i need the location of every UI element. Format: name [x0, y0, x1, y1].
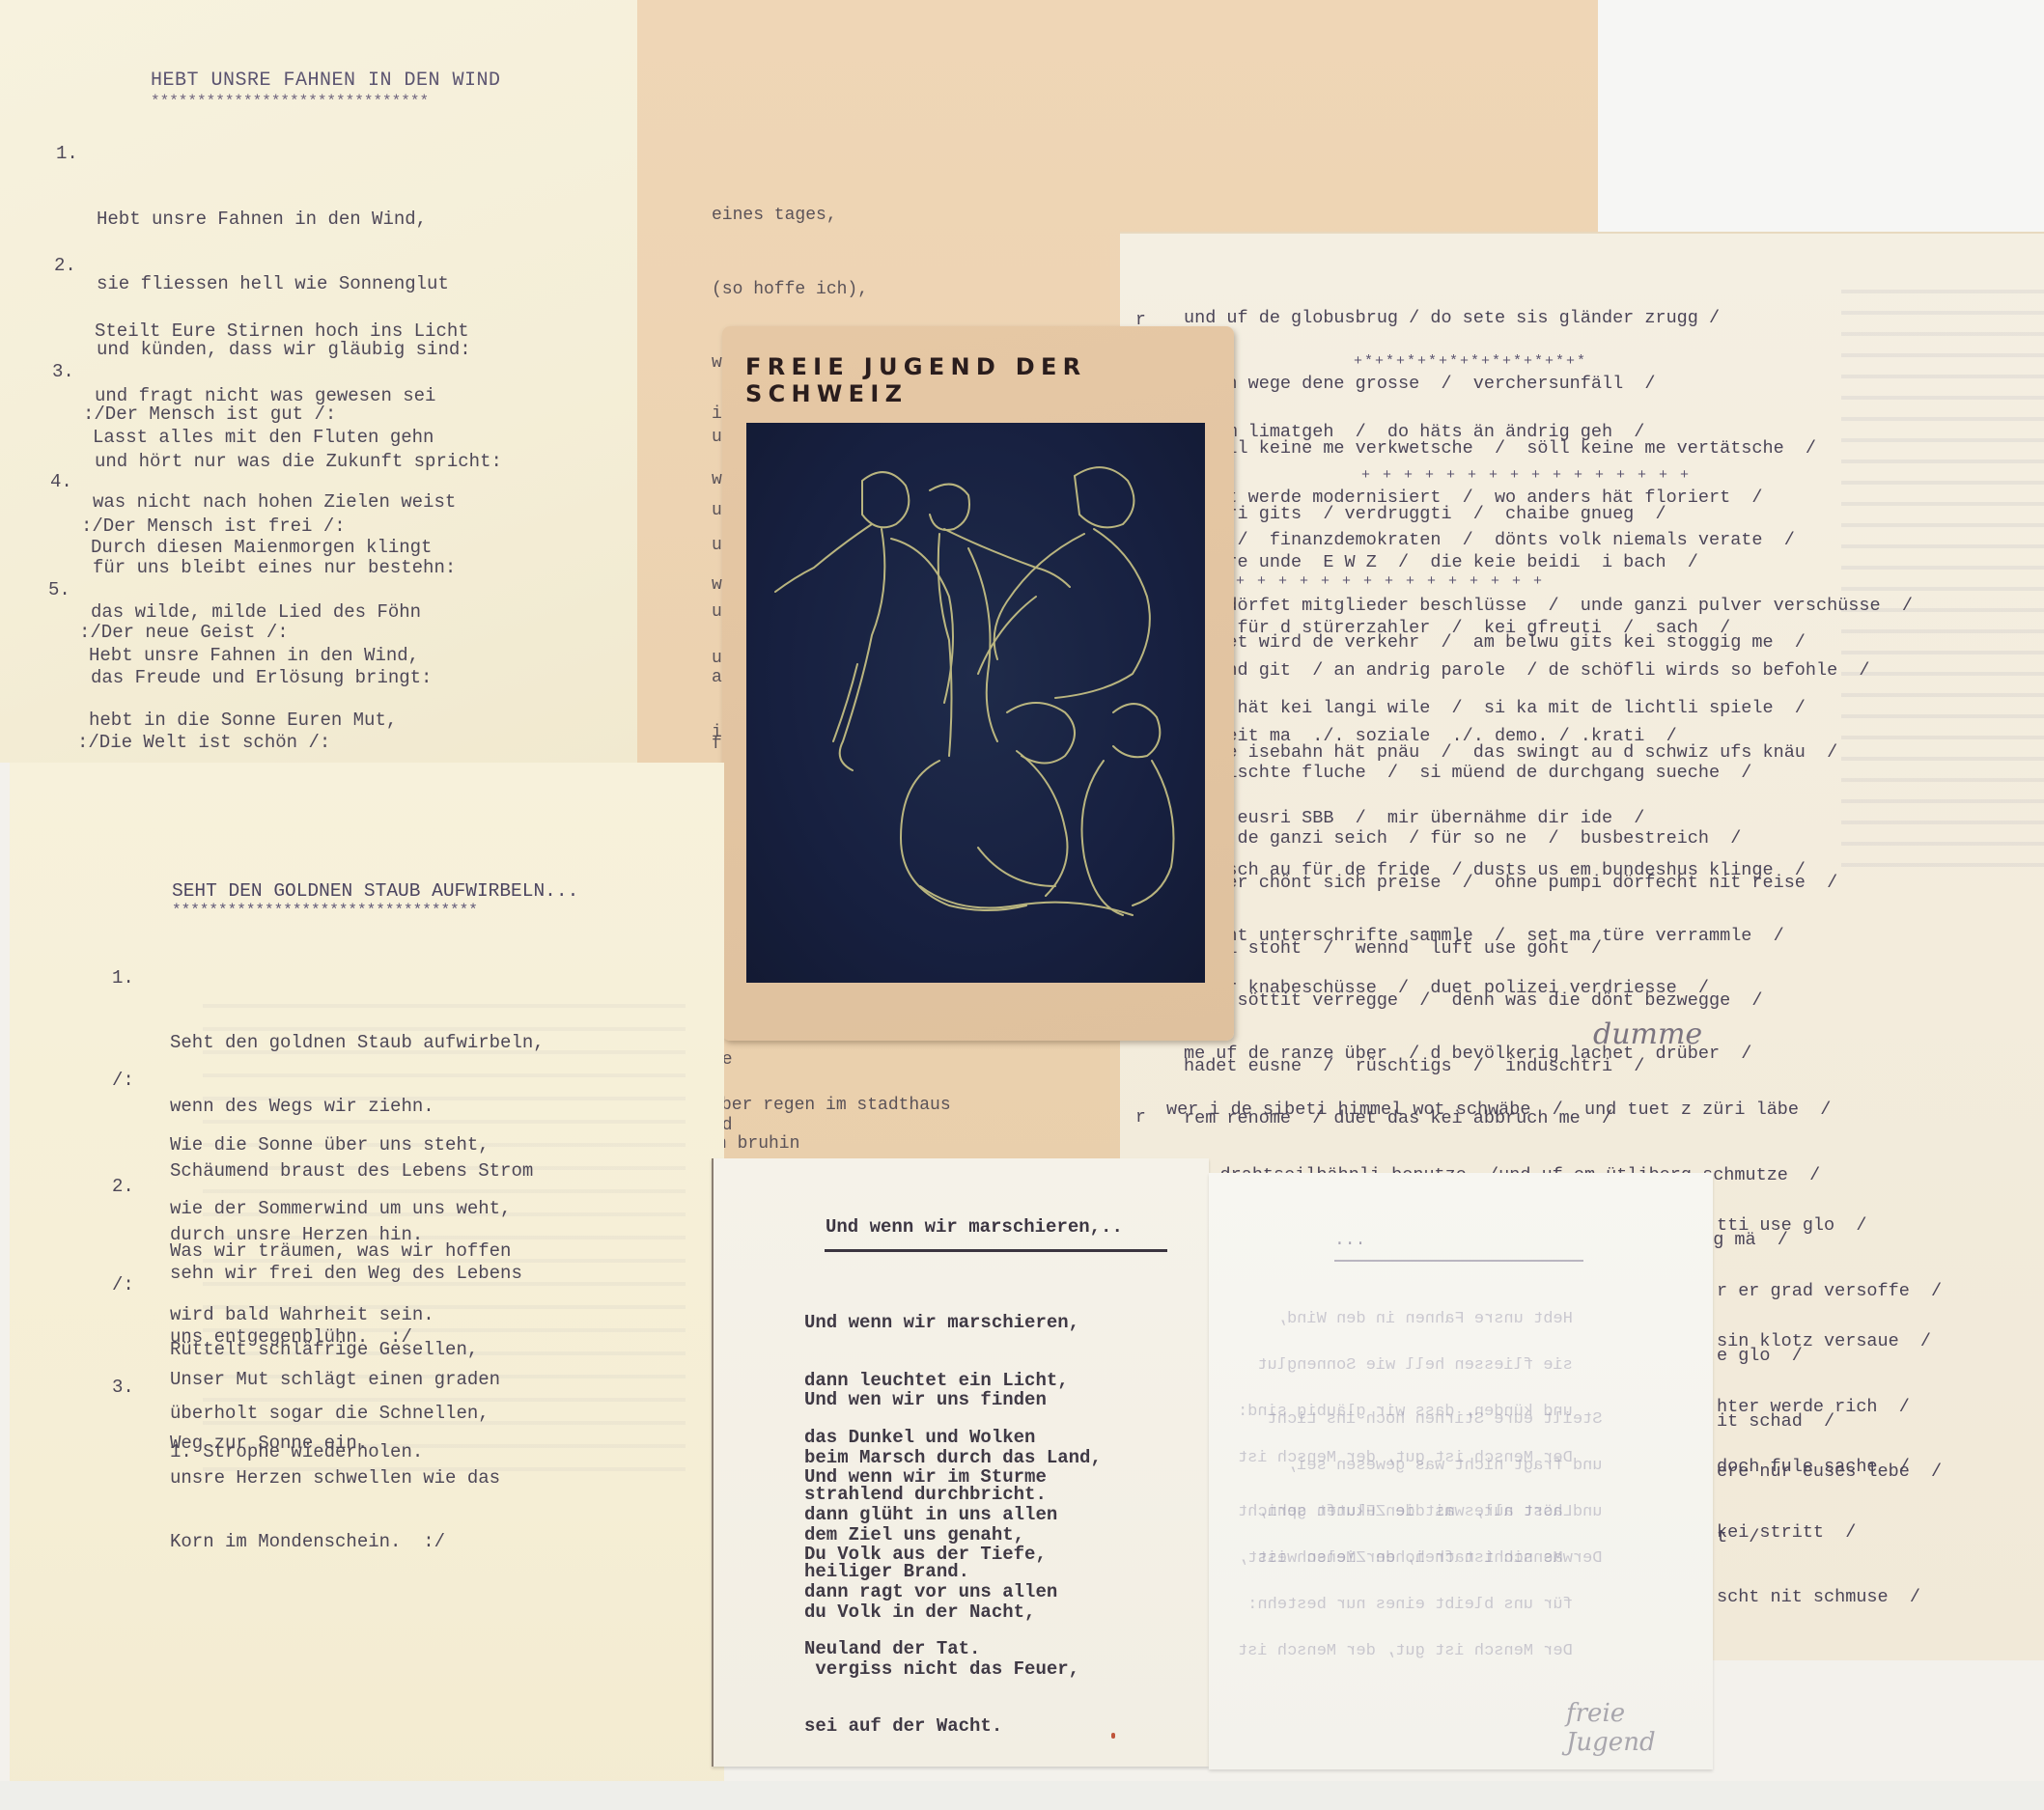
dialect-line: sin klotz versaue / — [1717, 1331, 1942, 1353]
song-sheet-seht-den-goldnen-staub: SEHT DEN GOLDNEN STAUB AUFWIRBELN... ***… — [10, 763, 724, 1810]
dialect-line: scht nit schmuse / — [1717, 1587, 1920, 1609]
song-title: Und wenn wir marschieren,.. — [826, 1216, 1123, 1238]
verse-number: 3. — [52, 361, 74, 383]
poem-line: eines tages, — [712, 204, 1118, 229]
handwritten-signature: freie Jugend — [1566, 1699, 1713, 1757]
page-title: ... — [1334, 1231, 1365, 1250]
ghost-line: Der Mensch ist gut, der Mensch ist — [1238, 1644, 1573, 1659]
verse-line: Seht den goldnen Staub aufwirbeln, — [170, 1032, 545, 1053]
ghost-line: was nicht nach hohen Zielen weist, — [1238, 1551, 1573, 1567]
poem-signature: n bruhin — [716, 1134, 799, 1154]
verse-line: Hebt unsre Fahnen in den Wind, — [97, 209, 471, 231]
verse-line: 1. Strophe wiederholen. — [170, 1441, 423, 1462]
dialect-line: rcher knabeschüsse / duet polizei verdri… — [1184, 978, 1751, 1000]
verse-line: Durch diesen Maienmorgen klingt — [91, 537, 432, 559]
verse-number: 1. — [112, 967, 134, 989]
dialect-line: iz isch au für de fride / dusts us em bu… — [1184, 860, 1806, 882]
ornament-line: + + + + + + + + + + + + + + + + — [1361, 467, 1691, 484]
title-rule — [825, 1249, 1167, 1252]
figures-line-drawing-icon — [746, 423, 1205, 983]
verse-number: 4. — [50, 471, 72, 493]
ghost-line: Steilt eure Stirnen hoch ins Licht — [1238, 1412, 1602, 1428]
verse-number: 3. — [112, 1377, 134, 1398]
ornament-line: +*+*+*+*+*+*+*+*+*+*+* — [1354, 353, 1587, 370]
song-sheet-hebt-unsre-fahnen: HEBT UNSRE FAHNEN IN DEN WIND **********… — [0, 0, 637, 763]
song-verse: 3. 1. Strophe wiederholen. — [170, 1377, 423, 1505]
verse-line: hebt in die Sonne Euren Mut, — [89, 710, 463, 732]
verse-line: Und wen wir uns finden — [804, 1391, 1102, 1410]
verse-line: Und wenn wir im Sturme — [804, 1468, 1057, 1488]
song-title: SEHT DEN GOLDNEN STAUB AUFWIRBELN... — [172, 880, 578, 902]
verse-number: /: — [112, 1070, 134, 1091]
booklet-page-show-through: ... Hebt unsre Fahnen in den Wind, sie f… — [1209, 1173, 1713, 1769]
song-title: HEBT UNSRE FAHNEN IN DEN WIND — [151, 70, 501, 92]
dialect-line: wer i de sibeti himmel wot schwäbe / und… — [1166, 1100, 1831, 1122]
title-underline-stars: ****************************** — [151, 93, 429, 110]
ghost-line: sie fliessen hell wie Sonnenglut — [1238, 1358, 1573, 1374]
ghost-line: und fragt nicht was gewesen sei, — [1238, 1459, 1602, 1474]
dialect-line: tti use glo / — [1717, 1215, 1942, 1238]
mirrored-text: Lasst alles mit den Fluten gehn, was nic… — [1238, 1474, 1573, 1690]
verse-line: Rüttelt schläfrige Gesellen, — [170, 1339, 500, 1360]
verse-line: Korn im Mondenschein. :/ — [170, 1531, 500, 1552]
verse-number: /: — [112, 1274, 134, 1295]
ink-spot — [1111, 1733, 1115, 1739]
verse-line: Steilt Eure Stirnen hoch ins Licht — [95, 320, 502, 343]
verse-line: Du Volk aus der Tiefe, — [804, 1545, 1079, 1565]
verse-line: du Volk in der Nacht, — [804, 1603, 1079, 1623]
booklet-page-marschieren: Und wenn wir marschieren,.. Und wenn wir… — [712, 1158, 1209, 1767]
verse-line: sei auf der Wacht. — [804, 1717, 1079, 1737]
verse-line: Lasst alles mit den Fluten gehn — [93, 427, 456, 449]
verse-line: Hebt unsre Fahnen in den Wind, — [89, 645, 463, 667]
title-underline-stars: ********************************* — [172, 902, 478, 919]
poem-line: ber regen im stadthaus — [721, 1094, 961, 1117]
dialect-line: kei stritt / — [1717, 1522, 1920, 1545]
verse-line: vergiss nicht das Feuer, — [804, 1660, 1079, 1680]
verse-number: 2. — [112, 1176, 134, 1197]
background-white-paper — [1583, 0, 2044, 241]
dialect-line: und uf de globusbrug / do sete sis gländ… — [1184, 308, 1816, 330]
cover-title: FREIE JUGEND DER SCHWEIZ — [745, 353, 1234, 407]
ghost-line: für uns bleibt eines nur bestehn: — [1238, 1598, 1573, 1613]
dialect-line: doch fule sache / — [1717, 1457, 1920, 1479]
verse-line: Und wenn wir marschieren, — [804, 1314, 1079, 1333]
title-rule — [1334, 1260, 1583, 1262]
cover-illustration — [746, 423, 1205, 983]
ornament-line: + + + + + + + + + + + + + + + + — [1215, 573, 1544, 590]
ghost-line: Lasst alles mit den Fluten gehn, — [1238, 1505, 1573, 1520]
dialect-line: nu am limatgeh / do häts än ändrig geh / — [1184, 422, 1763, 444]
dialect-line: riche isebahn hät pnäu / das swingt au d… — [1184, 742, 1837, 765]
song-stanza: Du Volk aus der Tiefe, du Volk in der Na… — [804, 1508, 1079, 1774]
dialect-line: ent / finanzdemokraten / dönts volk niem… — [1184, 530, 1913, 552]
booklet-cover: FREIE JUGEND DER SCHWEIZ — [722, 326, 1234, 1041]
dialect-line: stüret wird de verkehr / am belwu gits k… — [1184, 632, 1806, 654]
verse-number: 5. — [48, 579, 70, 601]
verse-number: 2. — [54, 255, 76, 277]
poem-line: (so hoffe ich), — [712, 278, 1118, 303]
verse-line: Was wir träumen, was wir hoffen — [170, 1240, 511, 1262]
verse-line: Wie die Sonne über uns steht, — [170, 1134, 522, 1156]
ghost-line: Hebt unsre Fahnen in den Wind, — [1238, 1312, 1573, 1327]
handwritten-annotation: dumme — [1593, 1017, 1702, 1051]
table-surface — [0, 1781, 2044, 1810]
verse-number: 1. — [56, 143, 78, 165]
margin-mark: r — [1135, 1108, 1146, 1128]
dialect-stanza: doch fule sache / kei stritt / scht nit … — [1717, 1413, 1920, 1653]
